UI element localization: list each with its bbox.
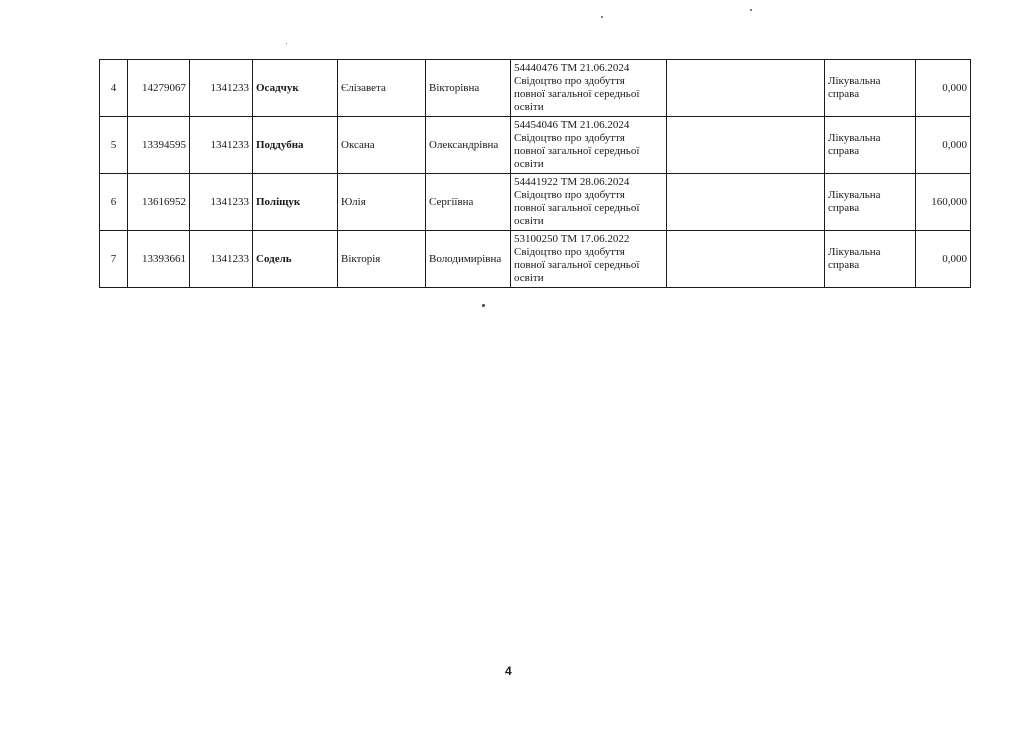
amount: 0,000 [916, 231, 971, 288]
applicants-table: 4 14279067 1341233 Осадчук Єлізавета Вік… [99, 59, 971, 288]
table-row: 7 13393661 1341233 Содель Вікторія Волод… [100, 231, 971, 288]
document-line: освіти [514, 215, 663, 228]
education-document: 54440476 ТМ 21.06.2024Свідоцтво про здоб… [511, 60, 667, 117]
scan-speck [750, 9, 752, 11]
surname: Осадчук [253, 60, 338, 117]
document-line: 53100250 ТМ 17.06.2022 [514, 233, 663, 246]
scan-speck [482, 304, 485, 307]
patronymic: Вікторівна [426, 60, 511, 117]
document-line: освіти [514, 158, 663, 171]
patronymic: Володимирівна [426, 231, 511, 288]
specialty-line: Лікувальна [828, 246, 912, 259]
specialty-line: справа [828, 259, 912, 272]
amount: 0,000 [916, 60, 971, 117]
document-line: 54440476 ТМ 21.06.2024 [514, 62, 663, 75]
specialty: Лікувальнасправа [825, 117, 916, 174]
scan-speck [286, 43, 287, 44]
patronymic: Олександрівна [426, 117, 511, 174]
page-number: 4 [505, 664, 512, 678]
table-row: 6 13616952 1341233 Поліщук Юлія Сергіївн… [100, 174, 971, 231]
specialty-line: справа [828, 202, 912, 215]
document-line: освіти [514, 272, 663, 285]
first-name: Юлія [338, 174, 426, 231]
document-line: повної загальної середньої [514, 88, 663, 101]
scan-speck [601, 16, 603, 18]
program-code: 1341233 [190, 117, 253, 174]
surname: Содель [253, 231, 338, 288]
specialty: Лікувальнасправа [825, 174, 916, 231]
amount: 0,000 [916, 117, 971, 174]
document-line: Свідоцтво про здобуття [514, 246, 663, 259]
first-name: Єлізавета [338, 60, 426, 117]
document-line: Свідоцтво про здобуття [514, 75, 663, 88]
program-code: 1341233 [190, 174, 253, 231]
education-document: 53100250 ТМ 17.06.2022Свідоцтво про здоб… [511, 231, 667, 288]
person-id: 13616952 [128, 174, 190, 231]
row-number: 5 [100, 117, 128, 174]
row-number: 7 [100, 231, 128, 288]
empty-cell [667, 174, 825, 231]
document-line: освіти [514, 101, 663, 114]
document-line: 54441922 ТМ 28.06.2024 [514, 176, 663, 189]
first-name: Оксана [338, 117, 426, 174]
program-code: 1341233 [190, 231, 253, 288]
document-line: Свідоцтво про здобуття [514, 189, 663, 202]
specialty-line: справа [828, 88, 912, 101]
education-document: 54454046 ТМ 21.06.2024Свідоцтво про здоб… [511, 117, 667, 174]
document-line: повної загальної середньої [514, 145, 663, 158]
surname: Поддубна [253, 117, 338, 174]
person-id: 14279067 [128, 60, 190, 117]
surname: Поліщук [253, 174, 338, 231]
document-line: Свідоцтво про здобуття [514, 132, 663, 145]
person-id: 13393661 [128, 231, 190, 288]
first-name: Вікторія [338, 231, 426, 288]
row-number: 4 [100, 60, 128, 117]
education-document: 54441922 ТМ 28.06.2024Свідоцтво про здоб… [511, 174, 667, 231]
specialty: Лікувальнасправа [825, 60, 916, 117]
specialty-line: Лікувальна [828, 75, 912, 88]
specialty-line: Лікувальна [828, 189, 912, 202]
empty-cell [667, 60, 825, 117]
table-row: 4 14279067 1341233 Осадчук Єлізавета Вік… [100, 60, 971, 117]
specialty-line: Лікувальна [828, 132, 912, 145]
specialty: Лікувальнасправа [825, 231, 916, 288]
empty-cell [667, 117, 825, 174]
empty-cell [667, 231, 825, 288]
table-row: 5 13394595 1341233 Поддубна Оксана Олекс… [100, 117, 971, 174]
specialty-line: справа [828, 145, 912, 158]
row-number: 6 [100, 174, 128, 231]
document-line: 54454046 ТМ 21.06.2024 [514, 119, 663, 132]
patronymic: Сергіївна [426, 174, 511, 231]
document-line: повної загальної середньої [514, 202, 663, 215]
person-id: 13394595 [128, 117, 190, 174]
document-line: повної загальної середньої [514, 259, 663, 272]
program-code: 1341233 [190, 60, 253, 117]
document-page: 4 14279067 1341233 Осадчук Єлізавета Вік… [0, 0, 1024, 729]
amount: 160,000 [916, 174, 971, 231]
